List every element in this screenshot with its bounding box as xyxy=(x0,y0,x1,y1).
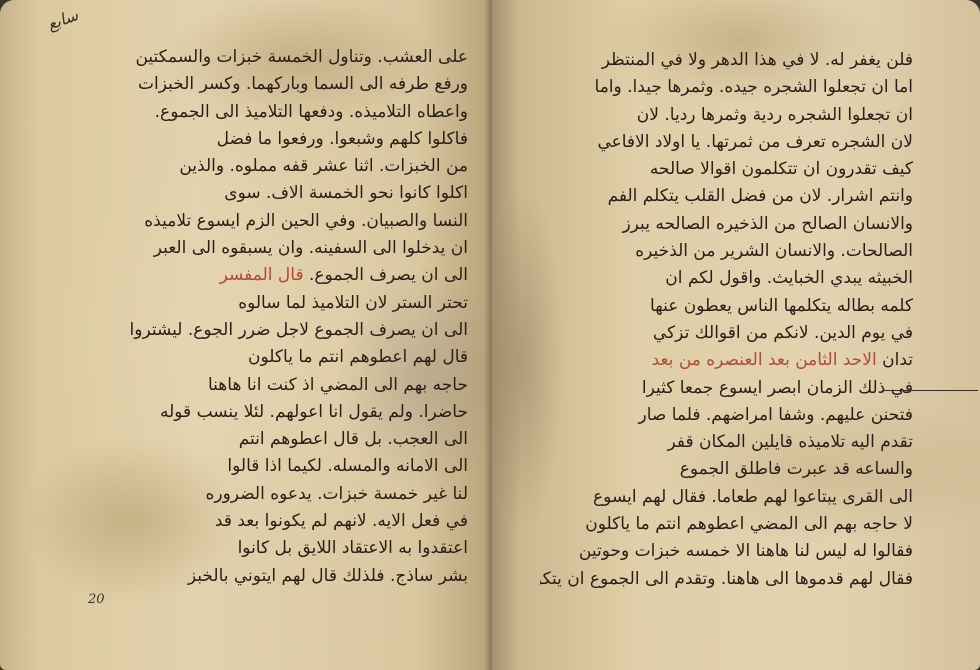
rubric-heading: قال المفسر xyxy=(220,265,304,285)
text-line: واعطاه التلاميذه. ودفعها التلاميذ الى ال… xyxy=(100,99,468,126)
left-page-text: على العشب. وتناول الخمسة خبزات والسمكتين… xyxy=(100,44,468,590)
text-line: كيف تقدرون ان تتكلمون اقوالا صالحه xyxy=(540,156,913,183)
text-line: الصالحات. والانسان الشرير من الذخيره xyxy=(540,238,913,265)
right-page-text: فلن يغفر له. لا في هذا الدهر ولا في المن… xyxy=(540,47,913,593)
text-line-with-rubric: الى ان يصرف الجموع. قال المفسر xyxy=(100,262,468,289)
text-segment: الى ان يصرف الجموع. xyxy=(309,265,468,285)
text-line: ان يدخلوا الى السفينه. وان يسبقوه الى ال… xyxy=(100,235,468,262)
text-segment: تدان xyxy=(882,350,913,370)
text-line: لا حاجه بهم الى المضي اعطوهم انتم ما ياك… xyxy=(540,511,913,538)
text-line: فقالوا له ليس لنا هاهنا الا خمسه خبزات و… xyxy=(540,538,913,565)
folio-number: 20 xyxy=(88,592,105,607)
text-line: قال لهم اعطوهم انتم ما ياكلون xyxy=(100,344,468,371)
text-line: حاضرا. ولم يقول انا اعولهم. لئلا ينسب قو… xyxy=(100,399,468,426)
text-line: وانتم اشرار. لان من فضل القلب يتكلم الفم xyxy=(540,183,913,210)
text-line: تقدم اليه تلاميذه قايلين المكان قفر xyxy=(540,429,913,456)
rubric-heading: الاحد الثامن بعد العنصره من بعد xyxy=(652,350,877,370)
text-line: في فعل الايه. لانهم لم يكونوا بعد قد xyxy=(100,508,468,535)
text-line: فقال لهم قدموها الى هاهنا. وتقدم الى الج… xyxy=(540,566,913,593)
text-line: فلن يغفر له. لا في هذا الدهر ولا في المن… xyxy=(540,47,913,74)
text-line: والانسان الصالح من الذخيره الصالحه يبرز xyxy=(540,211,913,238)
text-line: كلمه بطاله يتكلمها الناس يعطون عنها xyxy=(540,293,913,320)
text-line: لان الشجره تعرف من ثمرتها. يا اولاد الاف… xyxy=(540,129,913,156)
text-line: اما ان تجعلوا الشجره جيده. وثمرها جيدا. … xyxy=(540,74,913,101)
text-line: حاجه بهم الى المضي اذ كنت انا هاهنا xyxy=(100,372,468,399)
text-line: والساعه قد عبرت فاطلق الجموع xyxy=(540,456,913,483)
text-line-with-rubric: تدان الاحد الثامن بعد العنصره من بعد xyxy=(540,347,913,374)
text-line: ورفع طرفه الى السما وباركهما. وكسر الخبز… xyxy=(100,71,468,98)
text-line: الى القرى يبتاعوا لهم طعاما. فقال لهم اي… xyxy=(540,484,913,511)
text-line: النسا والصبيان. وفي الحين الزم ايسوع تلا… xyxy=(100,208,468,235)
text-line: اكلوا كانوا نحو الخمسة الاف. سوى xyxy=(100,180,468,207)
text-line: بشر ساذج. فلذلك قال لهم ايتوني بالخبز xyxy=(100,563,468,590)
text-line: تحتر الستر لان التلاميذ لما سالوه xyxy=(100,290,468,317)
text-line: الى العجب. بل قال اعطوهم انتم xyxy=(100,426,468,453)
text-line: فتحنن عليهم. وشفا امراضهم. فلما صار xyxy=(540,402,913,429)
folio-mark-top: سابع xyxy=(45,5,81,34)
text-line: في ذلك الزمان ابصر ايسوع جمعا كثيرا xyxy=(540,375,913,402)
text-line: الى الامانه والمسله. لكيما اذا قالوا xyxy=(100,453,468,480)
text-line: فاكلوا كلهم وشبعوا. ورفعوا ما فضل xyxy=(100,126,468,153)
text-line: لنا غير خمسة خبزات. يدعوه الضروره xyxy=(100,481,468,508)
text-line: من الخبزات. اثنا عشر قفه مملوه. والذين xyxy=(100,153,468,180)
text-line: اعتقدوا به الاعتقاد اللايق بل كانوا xyxy=(100,535,468,562)
marginal-rule-line xyxy=(882,390,978,391)
right-page: فلن يغفر له. لا في هذا الدهر ولا في المن… xyxy=(492,0,980,670)
text-line: في يوم الدين. لانكم من اقوالك تزكي xyxy=(540,320,913,347)
text-line: ان تجعلوا الشجره ردية وثمرها رديا. لان xyxy=(540,102,913,129)
text-line: الى ان يصرف الجموع لاجل ضرر الجوع. ليشتر… xyxy=(100,317,468,344)
left-page: سابع على العشب. وتناول الخمسة خبزات والس… xyxy=(0,0,492,670)
text-line: الخبيثه يبدي الخبايث. واقول لكم ان xyxy=(540,265,913,292)
text-line: على العشب. وتناول الخمسة خبزات والسمكتين xyxy=(100,44,468,71)
manuscript-spread: سابع على العشب. وتناول الخمسة خبزات والس… xyxy=(0,0,980,670)
